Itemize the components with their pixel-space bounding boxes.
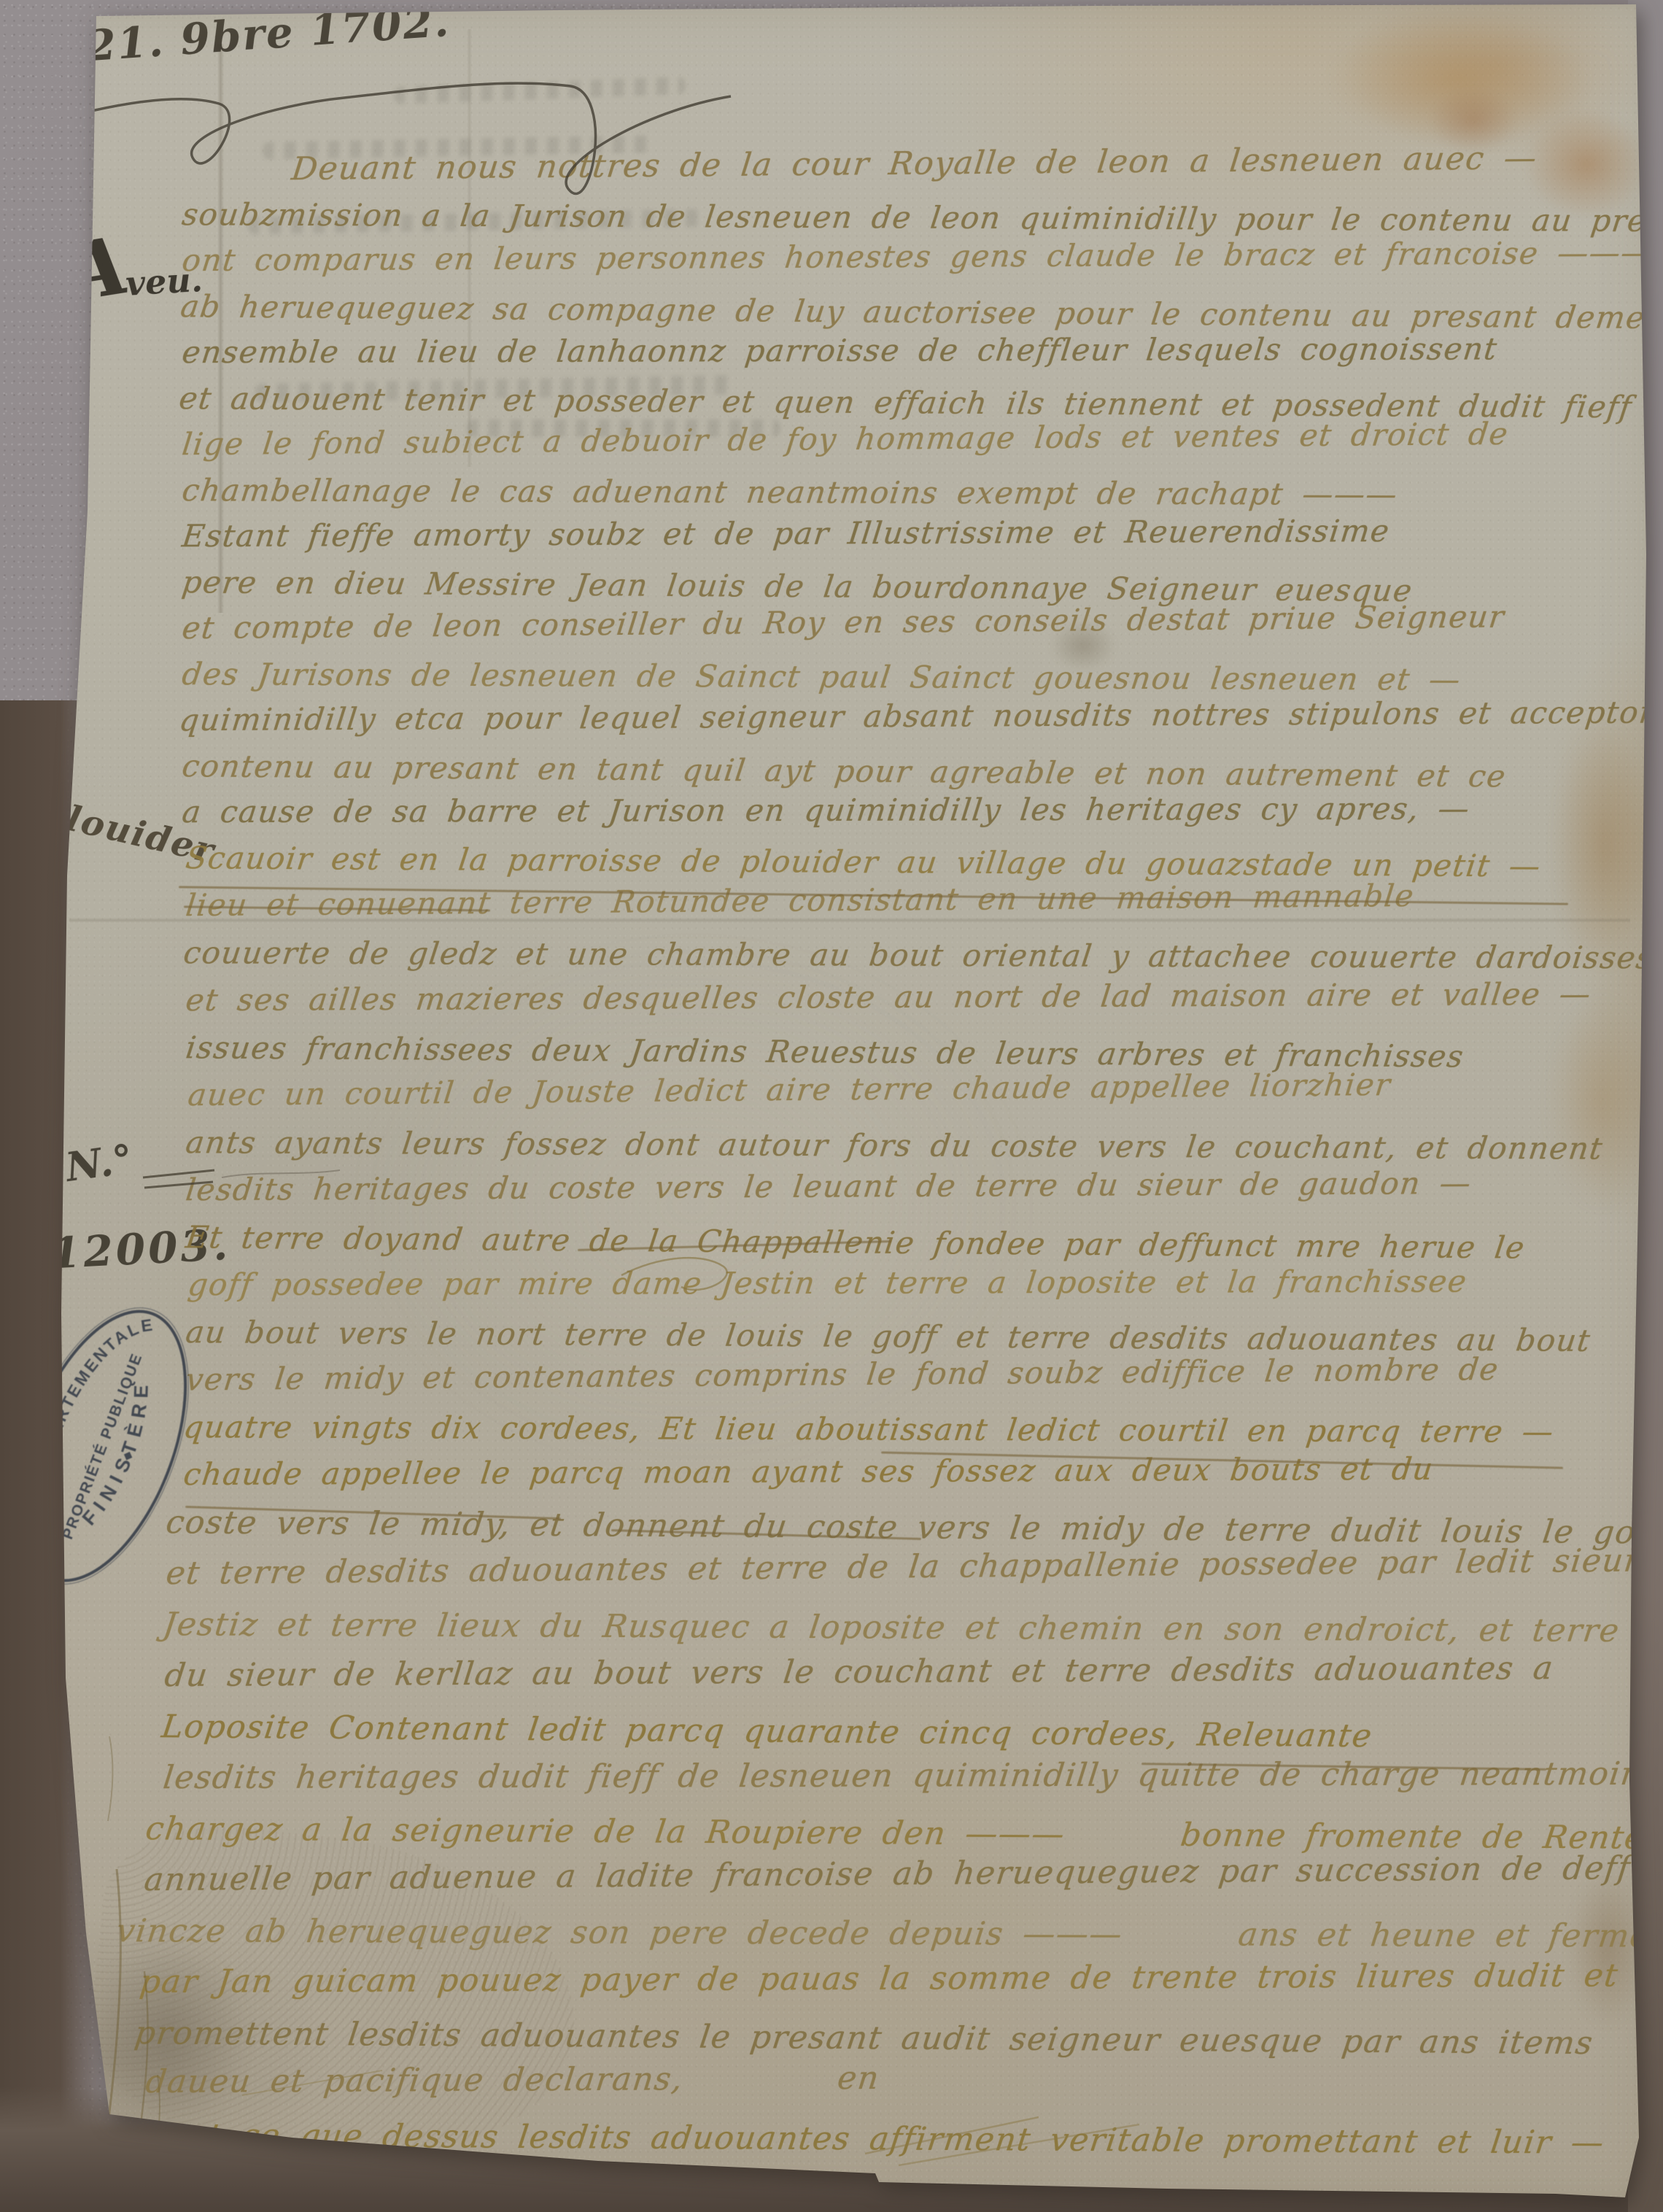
- manuscript-line: quiminidilly etca pour lequel seigneur a…: [178, 697, 1663, 735]
- manuscript-line: daueu et pacifique declarans, en: [144, 2062, 881, 2098]
- manuscript-line: lesdits heritages dudit fieff de lesneue…: [161, 1758, 1662, 1794]
- manuscript-line: lesdits heritages du coste vers le leuan…: [185, 1168, 1473, 1205]
- manuscript-line: chargez a la seigneurie de la Roupiere d…: [144, 1813, 1647, 1855]
- manuscript-line: promettent lesdits aduouantes le presant…: [133, 2017, 1595, 2060]
- manuscript-line: Scauoir est en la parroisse de plouider …: [184, 843, 1543, 881]
- manuscript-line: du sieur de kerllaz au bout vers le couc…: [163, 1652, 1555, 1692]
- manuscript-line: lige le fond subiect a debuoir de foy ho…: [181, 419, 1511, 460]
- manuscript-line: contenu au presant en tant quil ayt pour…: [180, 751, 1508, 792]
- manuscript-line: par Jan guicam pouuez payer de pauas la …: [138, 1960, 1663, 1998]
- manuscript-line: a cause de sa barre et Jurison en quimin…: [180, 793, 1471, 827]
- manuscript-line: ensemble au lieu de lanhaonnz parroisse …: [180, 333, 1499, 368]
- manuscript-line: Jestiz et terre lieux du Rusquec a lopos…: [161, 1609, 1621, 1647]
- manuscript-line: et terre desdits aduouantes et terre de …: [164, 1544, 1642, 1590]
- manuscript-line: goff possedee par mire dame Jestin et te…: [186, 1266, 1469, 1300]
- manuscript-line: chambellanage le cas aduenant neantmoins…: [180, 475, 1400, 510]
- manuscript-line: vincze ab heruequeguez son pere decede d…: [115, 1915, 1652, 1952]
- manuscript-line: des Jurisons de lesneuen de Sainct paul …: [180, 659, 1462, 695]
- manuscript-line: annuelle par aduenue a ladite francoise …: [142, 1852, 1663, 1896]
- manuscript-line: ab heruequeguez sa compagne de luy aucto…: [179, 291, 1663, 334]
- photo-scene: 21. 9bre 1702. Aveu. Plouider N.° 12003.…: [0, 0, 1663, 2212]
- manuscript-text: Deuant nous nottres de la cour Royalle d…: [0, 0, 1663, 2212]
- parchment-sheet: 21. 9bre 1702. Aveu. Plouider N.° 12003.…: [0, 0, 1663, 2212]
- manuscript-line: au bout vers le nort terre de louis le g…: [184, 1317, 1592, 1356]
- manuscript-line: vers le midy et contenantes comprins le …: [185, 1354, 1501, 1395]
- manuscript-line: et ses ailles mazieres desquelles closte…: [185, 979, 1594, 1016]
- manuscript-line: Estant fieffe amorty soubz et de par Ill…: [181, 516, 1392, 552]
- manuscript-line: Deuant nous nottres de la cour Royalle d…: [290, 142, 1539, 185]
- manuscript-line: ont comparus en leurs personnes honestes…: [181, 237, 1663, 276]
- manuscript-line: issues franchissees deux Jardins Reuestu…: [184, 1032, 1466, 1072]
- manuscript-line: auec un courtil de Jouste ledict aire te…: [187, 1070, 1393, 1110]
- manuscript-line: Tout ce que dessus lesdits aduouantes af…: [144, 2119, 1606, 2159]
- manuscript-line: couuerte de gledz et une chambre au bout…: [182, 937, 1655, 973]
- manuscript-line: ants ayants leurs fossez dont autour for…: [184, 1127, 1605, 1164]
- manuscript-line: et compte de leon conseiller du Roy en s…: [181, 601, 1507, 643]
- manuscript-line: Loposite Contenant ledit parcq quarante …: [160, 1711, 1374, 1752]
- manuscript-line: quatre vingts dix cordees, Et lieu about…: [182, 1412, 1556, 1447]
- parchment-document: 21. 9bre 1702. Aveu. Plouider N.° 12003.…: [0, 0, 1663, 2212]
- manuscript-line: soubzmission a la Jurison de lesneuen de…: [180, 199, 1663, 236]
